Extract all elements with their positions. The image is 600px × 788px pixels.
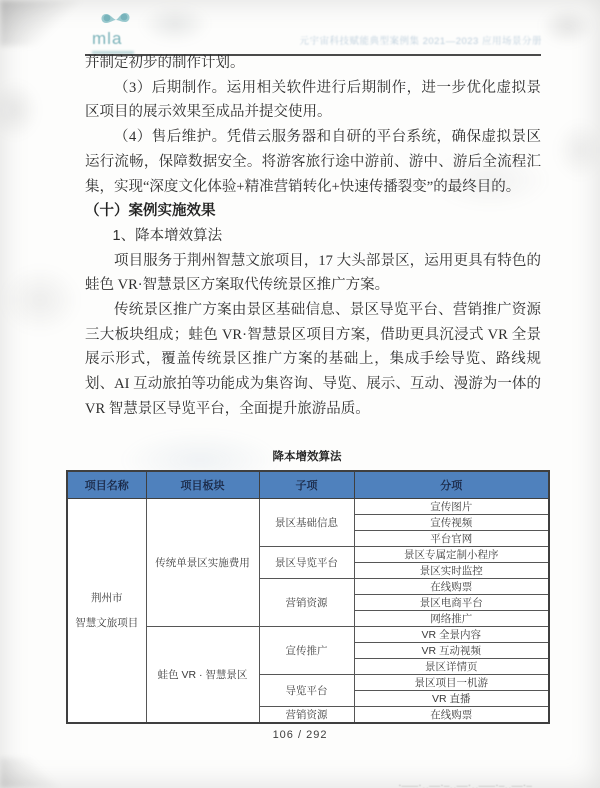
table-body: 荆州市智慧文旅项目传统单景区实施费用景区基础信息宣传图片宣传视频平台官网景区导览…	[67, 499, 549, 724]
section-heading: （十）案例实施效果	[85, 199, 541, 224]
paragraph: 项目服务于荆州智慧文旅项目，17 大头部景区，运用更具有特色的蛙色 VR·智慧景…	[85, 249, 541, 298]
paragraph: 传统景区推广方案由景区基础信息、景区导览平台、营销推广资源三大板块组成；蛙色 V…	[85, 298, 541, 422]
project-name-line: 荆州市	[70, 586, 144, 610]
scan-smudge	[0, 265, 80, 335]
detail-item-cell: 景区实时监控	[354, 563, 549, 579]
detail-item-cell: 景区电商平台	[354, 595, 549, 611]
detail-item-cell: 在线购票	[354, 707, 549, 724]
project-block-cell: 蛙色 VR · 智慧景区	[146, 627, 259, 724]
sub-item-cell: 营销资源	[259, 579, 354, 627]
column-header-sub-item: 子项	[259, 471, 354, 499]
paragraph: 并制定初步的制作计划。	[85, 51, 541, 76]
project-block-cell: 传统单景区实施费用	[146, 499, 259, 627]
cost-reduction-table: 项目名称 项目板块 子项 分项 荆州市智慧文旅项目传统单景区实施费用景区基础信息…	[66, 470, 550, 724]
detail-item-cell: VR 全景内容	[354, 627, 549, 643]
mla-logo-icon	[98, 10, 152, 31]
project-name-cell: 荆州市智慧文旅项目	[67, 499, 146, 724]
bottom-edge-watermark: ·—–·‥—·–‥—·‥–—·–‥—·–	[398, 779, 588, 788]
detail-item-cell: VR 互动视频	[354, 643, 549, 659]
detail-item-cell: 景区专属定制小程序	[354, 547, 549, 563]
table-row: 荆州市智慧文旅项目传统单景区实施费用景区基础信息宣传图片	[67, 499, 549, 515]
column-header-project-block: 项目板块	[146, 471, 259, 499]
detail-item-cell: 景区项目一机游	[354, 675, 549, 691]
paragraph: （4）售后维护。凭借云服务器和自研的平台系统，确保虚拟景区运行流畅，保障数据安全…	[85, 125, 541, 199]
detail-item-cell: 平台官网	[354, 531, 549, 547]
sub-item-cell: 营销资源	[259, 707, 354, 724]
detail-item-cell: 宣传图片	[354, 499, 549, 515]
scan-smudge	[540, 6, 595, 46]
column-header-project-name: 项目名称	[67, 471, 146, 499]
scan-smudge	[555, 120, 600, 180]
table-header-row: 项目名称 项目板块 子项 分项	[67, 471, 549, 499]
sub-heading: 1、降本增效算法	[85, 224, 541, 249]
sub-item-cell: 景区导览平台	[259, 547, 354, 579]
sub-item-cell: 宣传推广	[259, 627, 354, 675]
scan-shadow-bottom-left	[0, 758, 60, 788]
page-number: 106 / 292	[0, 729, 600, 741]
sub-item-cell: 景区基础信息	[259, 499, 354, 547]
scan-smudge	[0, 80, 40, 140]
detail-item-cell: 宣传视频	[354, 515, 549, 531]
mla-logo: mla	[92, 10, 152, 54]
sub-item-cell: 导览平台	[259, 675, 354, 707]
mla-logo-text: mla	[92, 29, 122, 48]
detail-item-cell: 在线购票	[354, 579, 549, 595]
document-page: mla 元宇宙科技赋能典型案例集 2021—2023 应用场景分册 并制定初步的…	[0, 0, 600, 788]
detail-item-cell: VR 直播	[354, 691, 549, 707]
body-text: 并制定初步的制作计划。 （3）后期制作。运用相关软件进行后期制作，进一步优化虚拟…	[85, 51, 541, 461]
table-title: 降本增效算法	[66, 448, 548, 464]
paragraph: （3）后期制作。运用相关软件进行后期制作，进一步优化虚拟景区项目的展示效果至成品…	[85, 76, 541, 125]
column-header-detail-item: 分项	[354, 471, 549, 499]
detail-item-cell: 网络推广	[354, 611, 549, 627]
document-header-title: 元宇宙科技赋能典型案例集 2021—2023 应用场景分册	[299, 33, 542, 47]
detail-item-cell: 景区详情页	[354, 659, 549, 675]
project-name-line: 智慧文旅项目	[70, 611, 144, 635]
scan-shadow-top-left	[0, 0, 90, 46]
